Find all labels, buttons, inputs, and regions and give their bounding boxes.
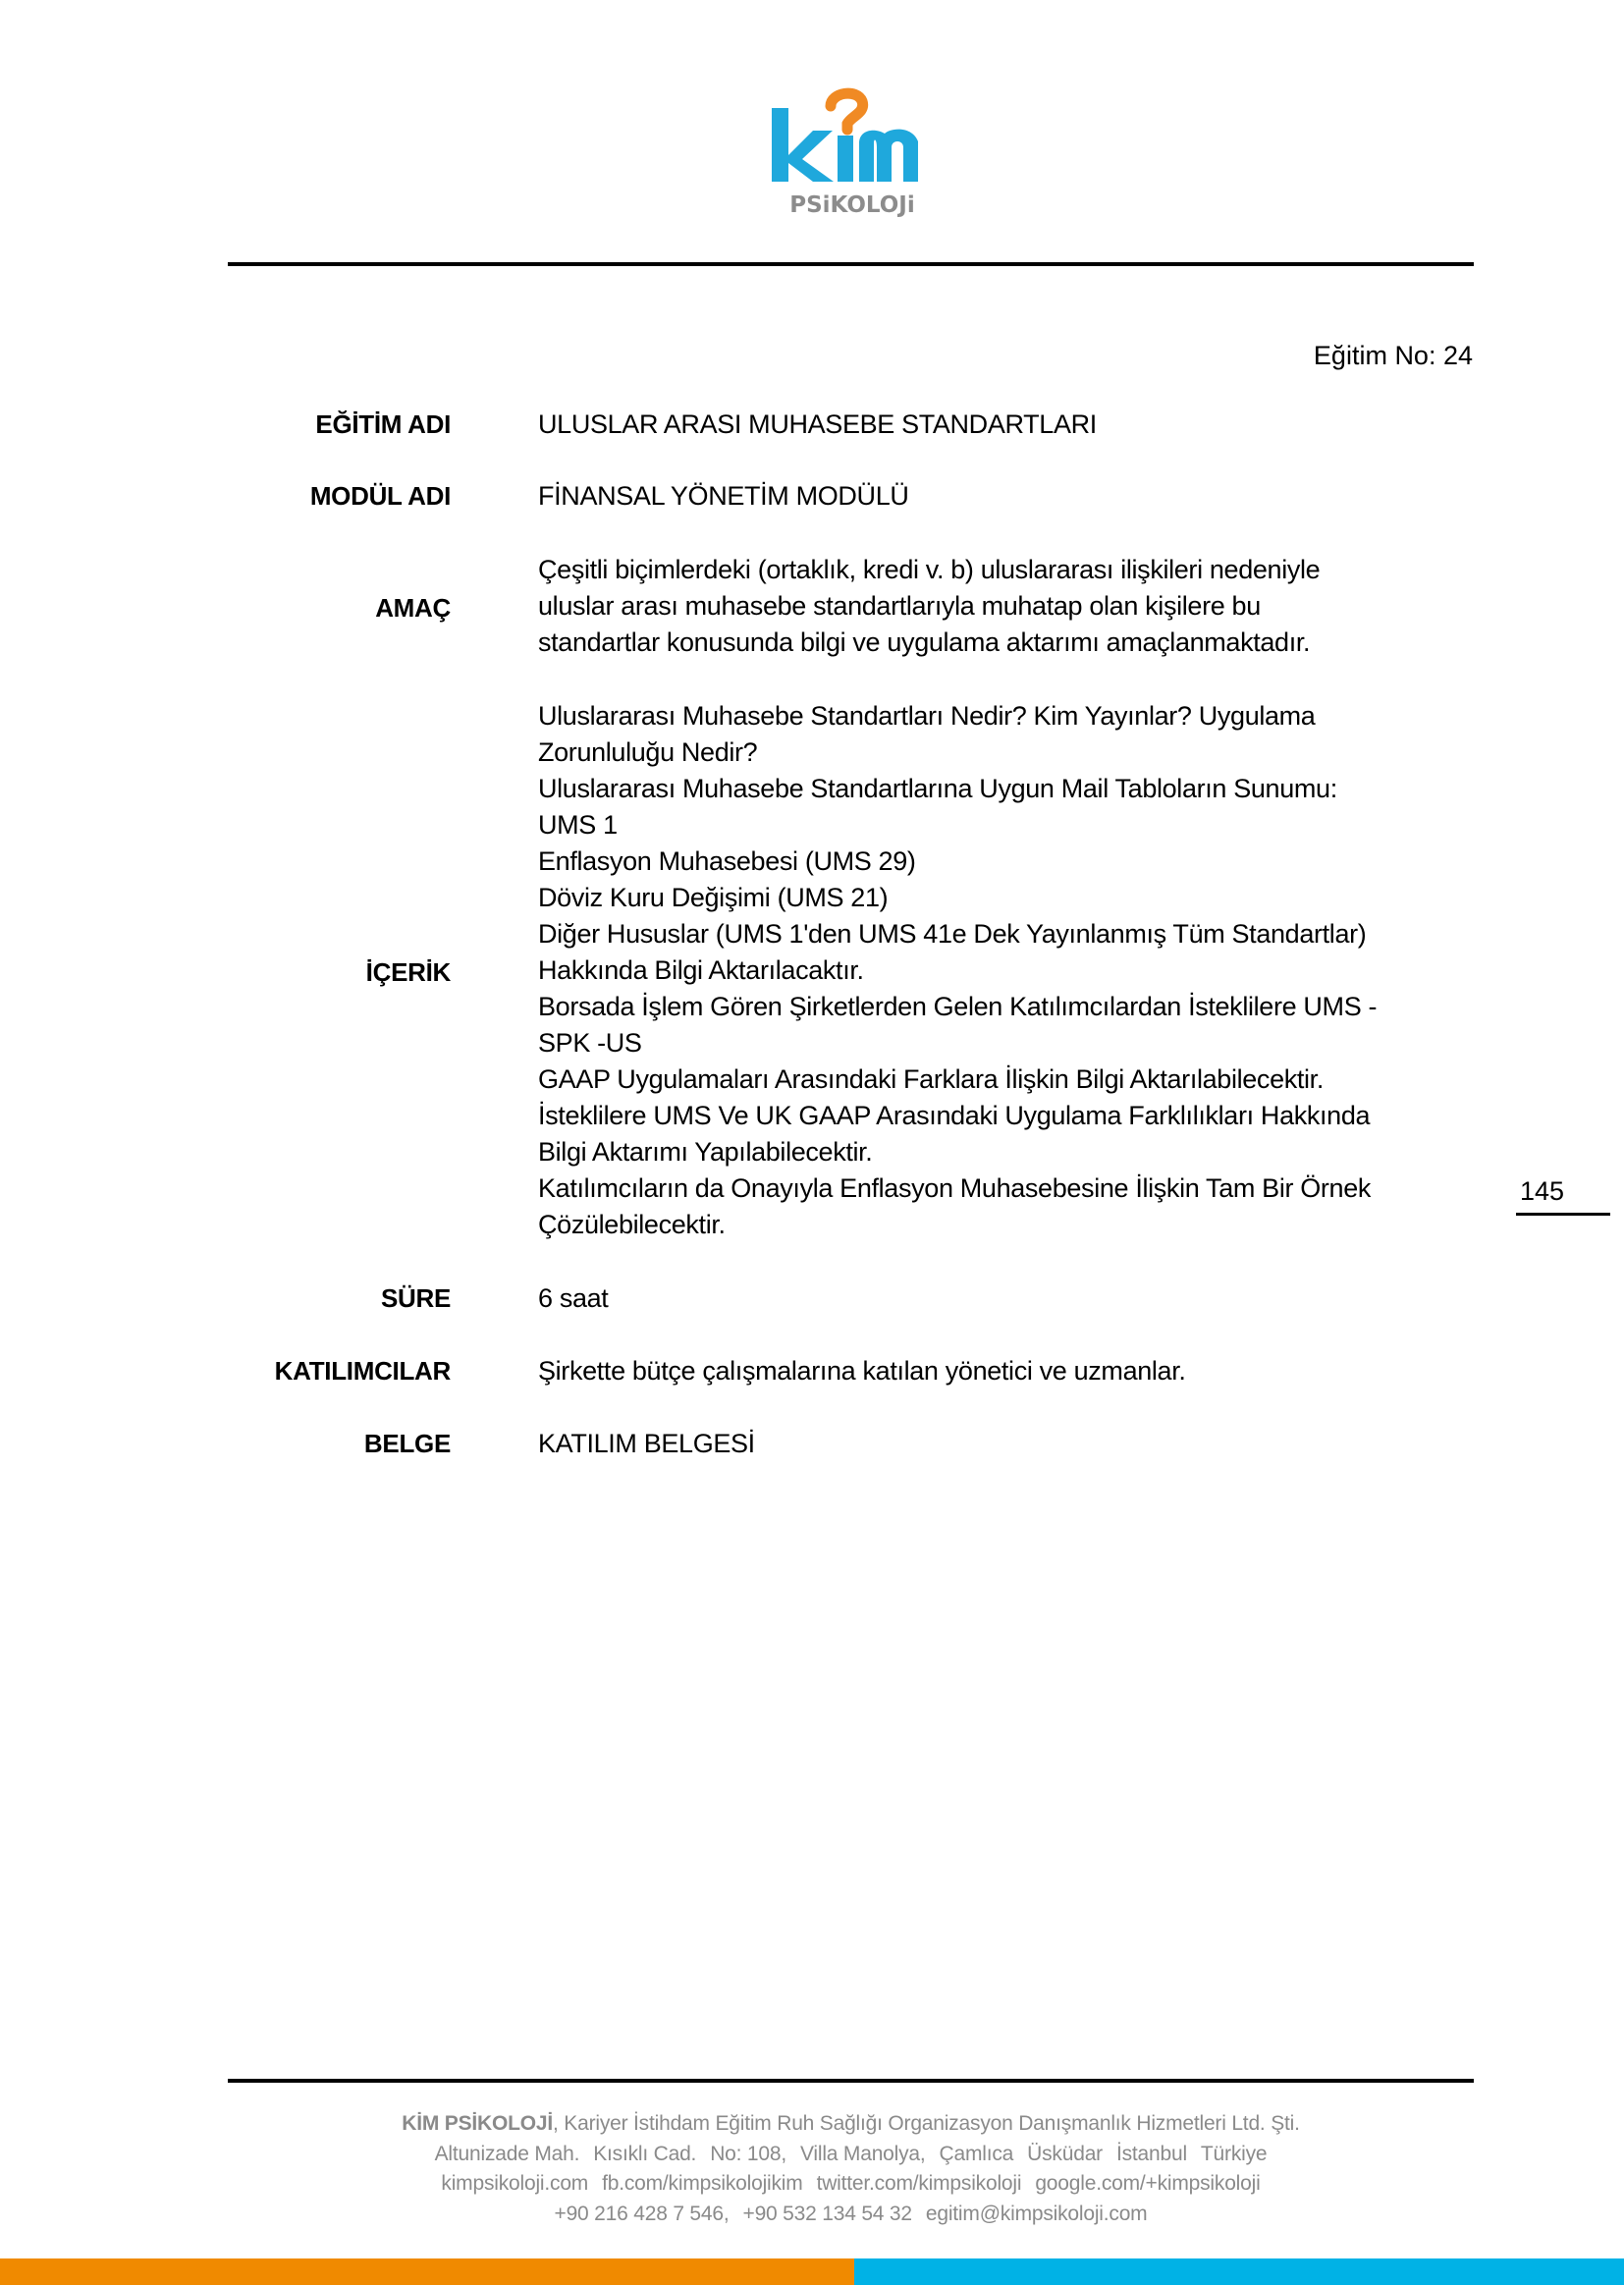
- field-value-line: KATILIM BELGESİ: [538, 1426, 1422, 1462]
- field-value-line: Uluslararası Muhasebe Standartları Nedir…: [538, 698, 1422, 734]
- footer-address: Altunizade Mah.Kısıklı Cad.No: 108,Villa…: [228, 2140, 1474, 2170]
- company-logo: PSiKOLOJi: [769, 86, 936, 219]
- field-value-line: Şirkette bütçe çalışmalarına katılan yön…: [538, 1353, 1422, 1389]
- field-value-line: Çözülebilecektir.: [538, 1207, 1422, 1243]
- footer-contacts: +90 216 428 7 546,+90 532 134 54 32egiti…: [228, 2200, 1474, 2230]
- field-value-line: 6 saat: [538, 1280, 1422, 1317]
- footer: KİM PSİKOLOJİ, Kariyer İstihdam Eğitim R…: [228, 2109, 1474, 2229]
- field-label: EĞİTİM ADI: [315, 407, 451, 443]
- training-number: Eğitim No: 24: [1314, 338, 1473, 374]
- footer-link[interactable]: twitter.com/kimpsikoloji: [817, 2172, 1022, 2195]
- header-divider: [228, 262, 1474, 266]
- field-value-line: Hakkında Bilgi Aktarılacaktır.: [538, 952, 1422, 989]
- field-value: Uluslararası Muhasebe Standartları Nedir…: [538, 698, 1422, 1243]
- field-value-line: Enflasyon Muhasebesi (UMS 29): [538, 843, 1422, 880]
- svg-text:PSiKOLOJi: PSiKOLOJi: [789, 192, 914, 218]
- field-label: KATILIMCILAR: [275, 1353, 451, 1389]
- field-value-line: İsteklilere UMS Ve UK GAAP Arasındaki Uy…: [538, 1098, 1422, 1134]
- footer-company-desc: , Kariyer İstihdam Eğitim Ruh Sağlığı Or…: [553, 2112, 1300, 2135]
- field-label: MODÜL ADI: [310, 478, 451, 515]
- field-value: Çeşitli biçimlerdeki (ortaklık, kredi v.…: [538, 552, 1422, 661]
- page-number-underline: [1516, 1213, 1610, 1216]
- footer-divider: [228, 2079, 1474, 2083]
- footer-contact[interactable]: egitim@kimpsikoloji.com: [926, 2203, 1148, 2225]
- field-value-line: FİNANSAL YÖNETİM MODÜLÜ: [538, 478, 1422, 515]
- field-label: SÜRE: [381, 1280, 451, 1317]
- footer-address-part: Çamlıca: [940, 2143, 1014, 2165]
- field-label: İÇERİK: [366, 954, 451, 991]
- field-value-line: Bilgi Aktarımı Yapılabilecektir.: [538, 1134, 1422, 1170]
- field-value-line: uluslar arası muhasebe standartlarıyla m…: [538, 588, 1422, 625]
- footer-address-part: Üsküdar: [1027, 2143, 1103, 2165]
- footer-address-part: No: 108,: [710, 2143, 786, 2165]
- footer-contact[interactable]: +90 532 134 54 32: [743, 2203, 912, 2225]
- footer-link[interactable]: kimpsikoloji.com: [441, 2172, 588, 2195]
- footer-company-line: KİM PSİKOLOJİ, Kariyer İstihdam Eğitim R…: [228, 2109, 1474, 2140]
- field-value: 6 saat: [538, 1280, 1422, 1317]
- kim-psikoloji-logo-icon: PSiKOLOJi: [769, 86, 936, 219]
- page-number: 145: [1520, 1173, 1564, 1210]
- field-label: AMAÇ: [375, 590, 451, 626]
- field-label: BELGE: [364, 1426, 451, 1462]
- field-value-line: Zorunluluğu Nedir?: [538, 734, 1422, 771]
- footer-company-name: KİM PSİKOLOJİ: [402, 2112, 553, 2135]
- field-value-line: Diğer Hususlar (UMS 1'den UMS 41e Dek Ya…: [538, 916, 1422, 952]
- field-value-line: GAAP Uygulamaları Arasındaki Farklara İl…: [538, 1061, 1422, 1098]
- field-value-line: SPK -US: [538, 1025, 1422, 1061]
- footer-link[interactable]: google.com/+kimpsikoloji: [1035, 2172, 1260, 2195]
- field-value-line: Döviz Kuru Değişimi (UMS 21): [538, 880, 1422, 916]
- field-value-line: standartlar konusunda bilgi ve uygulama …: [538, 625, 1422, 661]
- field-value-line: Borsada İşlem Gören Şirketlerden Gelen K…: [538, 989, 1422, 1025]
- field-value: Şirkette bütçe çalışmalarına katılan yön…: [538, 1353, 1422, 1389]
- field-value-line: Çeşitli biçimlerdeki (ortaklık, kredi v.…: [538, 552, 1422, 588]
- field-value-line: Uluslararası Muhasebe Standartlarına Uyg…: [538, 771, 1422, 807]
- field-value: FİNANSAL YÖNETİM MODÜLÜ: [538, 478, 1422, 515]
- footer-link[interactable]: fb.com/kimpsikolojikim: [602, 2172, 802, 2195]
- footer-address-part: Kısıklı Cad.: [593, 2143, 696, 2165]
- footer-address-part: Villa Manolya,: [800, 2143, 926, 2165]
- field-value-line: Katılımcıların da Onayıyla Enflasyon Muh…: [538, 1170, 1422, 1207]
- field-value-line: ULUSLAR ARASI MUHASEBE STANDARTLARI: [538, 407, 1422, 443]
- footer-band-orange: [0, 2258, 854, 2285]
- footer-band-blue: [854, 2258, 1624, 2285]
- field-value-line: UMS 1: [538, 807, 1422, 843]
- footer-links: kimpsikoloji.comfb.com/kimpsikolojikimtw…: [228, 2169, 1474, 2200]
- footer-address-part: Altunizade Mah.: [435, 2143, 580, 2165]
- field-value: KATILIM BELGESİ: [538, 1426, 1422, 1462]
- footer-address-part: Türkiye: [1201, 2143, 1267, 2165]
- footer-contact[interactable]: +90 216 428 7 546,: [555, 2203, 730, 2225]
- field-value: ULUSLAR ARASI MUHASEBE STANDARTLARI: [538, 407, 1422, 443]
- footer-address-part: İstanbul: [1116, 2143, 1187, 2165]
